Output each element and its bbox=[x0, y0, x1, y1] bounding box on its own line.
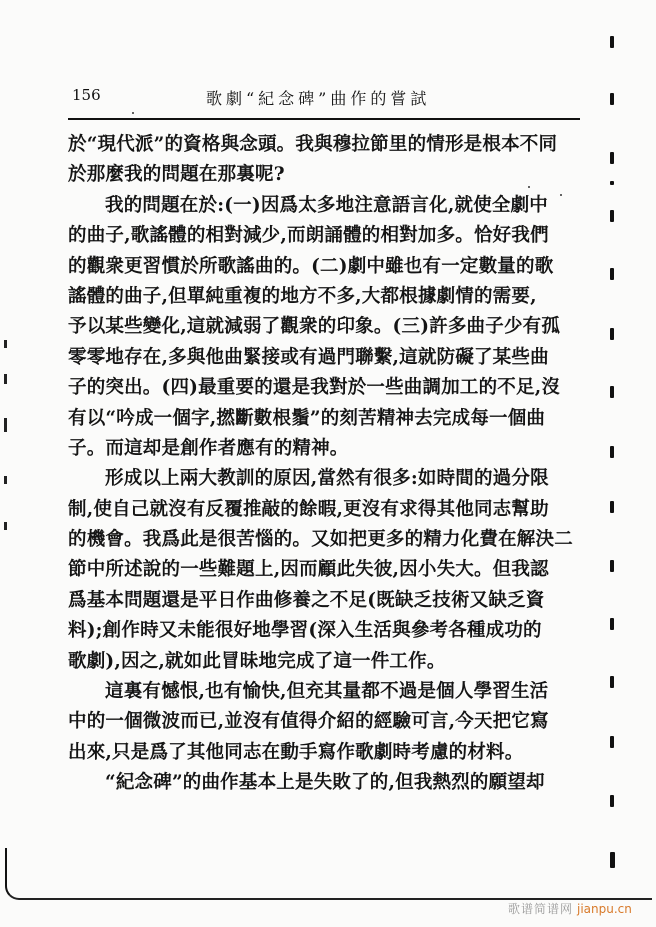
text-line: 料);創作時又未能很好地學習(深入生活與參考各種成功的 bbox=[68, 616, 584, 646]
watermark-url: jianpu.cn bbox=[577, 902, 632, 916]
text-line: 我的問題在於:(一)因爲太多地注意語言化,就使全劇中 bbox=[68, 191, 584, 221]
binding-mark bbox=[610, 181, 614, 185]
binding-mark bbox=[610, 268, 614, 280]
running-header: 156 歌劇“紀念碑”曲作的嘗試 bbox=[72, 86, 580, 110]
binding-mark bbox=[610, 386, 614, 398]
binding-mark bbox=[610, 210, 614, 222]
text-line: 形成以上兩大教訓的原因,當然有很多:如時間的過分限 bbox=[68, 464, 584, 494]
running-title: 歌劇“紀念碑”曲作的嘗試 bbox=[206, 86, 430, 109]
binding-mark bbox=[610, 560, 614, 572]
text-line: 予以某些變化,這就減弱了觀衆的印象。(三)許多曲子少有孤 bbox=[68, 312, 584, 342]
text-line: 謠體的曲子,但單純重複的地方不多,大都根據劇情的需要, bbox=[68, 282, 584, 312]
text-line: 這裏有憾恨,也有愉快,但充其量都不過是個人學習生活 bbox=[68, 677, 584, 707]
text-line: 子。而這却是創作者應有的精神。 bbox=[68, 434, 584, 464]
left-edge-marks bbox=[4, 340, 8, 540]
text-line: 節中所述說的一些難題上,因而顧此失彼,因小失大。但我認 bbox=[68, 555, 584, 585]
binding-mark bbox=[610, 446, 614, 458]
binding-marks bbox=[610, 0, 622, 927]
text-line: 的觀衆更習慣於所歌謠曲的。(二)劇中雖也有一定數量的歌 bbox=[68, 252, 584, 282]
text-line: 於那麼我的問題在那裏呢? bbox=[68, 160, 584, 190]
text-line: 於“現代派”的資格與念頭。我與穆拉節里的情形是根本不同 bbox=[68, 130, 584, 160]
text-line: 有以“吟成一個字,撚斷數根鬚”的刻苦精神去完成每一個曲 bbox=[68, 404, 584, 434]
text-line: 制,使自己就沒有反覆推敲的餘暇,更沒有求得其他同志幫助 bbox=[68, 495, 584, 525]
binding-mark bbox=[610, 36, 614, 48]
text-line: “紀念碑”的曲作基本上是失敗了的,但我熱烈的願望却 bbox=[68, 768, 584, 798]
text-line: 歌劇),因之,就如此冒昧地完成了這一件工作。 bbox=[68, 647, 584, 677]
binding-mark bbox=[610, 152, 614, 164]
binding-mark bbox=[610, 736, 614, 748]
text-line: 子的突出。(四)最重要的還是我對於一些曲調加工的不足,沒 bbox=[68, 373, 584, 403]
text-line: 出來,只是爲了其他同志在動手寫作歌劇時考慮的材料。 bbox=[68, 738, 584, 768]
binding-mark bbox=[610, 328, 614, 340]
binding-mark bbox=[610, 93, 614, 105]
binding-mark bbox=[610, 618, 614, 630]
watermark-site-name: 歌谱简谱网 bbox=[508, 902, 573, 916]
binding-mark bbox=[610, 676, 614, 688]
text-line: 爲基本問題還是平日作曲修養之不足(既缺乏技術又缺乏資 bbox=[68, 586, 584, 616]
binding-mark bbox=[610, 501, 614, 513]
header-rule bbox=[68, 118, 580, 120]
page-number: 156 bbox=[72, 86, 101, 104]
binding-mark bbox=[610, 795, 614, 807]
text-line: 中的一個微波而已,並沒有值得介紹的經驗可言,今天把它寫 bbox=[68, 707, 584, 737]
watermark: 歌谱简谱网jianpu.cn bbox=[508, 900, 632, 917]
scanned-book-page: 156 歌劇“紀念碑”曲作的嘗試 於“現代派”的資格與念頭。我與穆拉節里的情形是… bbox=[0, 0, 656, 927]
page-frame-corner bbox=[5, 848, 652, 900]
body-text: 於“現代派”的資格與念頭。我與穆拉節里的情形是根本不同於那麼我的問題在那裏呢?我… bbox=[68, 130, 584, 799]
text-line: 的機會。我爲此是很苦惱的。又如把更多的精力化費在解決二 bbox=[68, 525, 584, 555]
text-line: 的曲子,歌謠體的相對減少,而朗誦體的相對加多。恰好我們 bbox=[68, 221, 584, 251]
text-line: 零零地存在,多與他曲緊接或有過門聯繫,這就防礙了某些曲 bbox=[68, 343, 584, 373]
